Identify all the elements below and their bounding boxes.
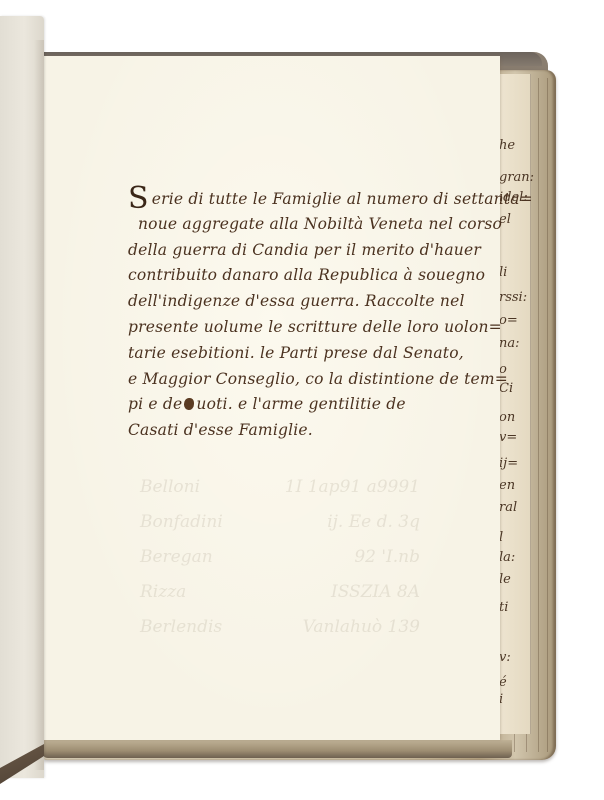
ghost-row: Belloni1I 1ap91 a9991 [140, 470, 420, 505]
text-line: dell'indigenze d'essa guerra. Raccolte n… [128, 289, 478, 315]
text-line: presente uolume le scritture delle loro … [128, 315, 478, 341]
text-line: della guerra di Candia per il merito d'h… [128, 238, 478, 264]
edge-text-fragment: ti [499, 600, 508, 615]
edge-text-fragment: la: [499, 550, 515, 565]
edge-text-fragment: ral [499, 500, 517, 515]
edge-text-fragment: on [499, 410, 515, 425]
edge-text-fragment: v= [499, 430, 517, 445]
text-line: Casati d'esse Famiglie. [128, 418, 478, 444]
ghost-row: Beregan92 'I.nb [140, 540, 420, 575]
text-line: pi e deuoti. e l'arme gentilitie de [128, 392, 478, 418]
facing-page-edge: hegran:idel:ellirssi:o=na:oCionv=ij=enra… [496, 74, 531, 734]
edge-text-fragment: é [499, 675, 507, 690]
ghost-row: Bonfadiniij. Ee d. 3q [140, 505, 420, 540]
ghost-row: BerlendisVanlahuò 139 [140, 610, 420, 645]
gutter-shadow [34, 40, 44, 770]
edge-text-fragment: v: [499, 650, 511, 665]
edge-text-fragment: rssi: [499, 290, 527, 305]
edge-text-fragment: he [499, 138, 515, 153]
page-edge-line [538, 78, 539, 752]
drop-cap: S [128, 186, 149, 212]
page-edge-line [547, 78, 548, 752]
edge-text-fragment: na: [499, 336, 520, 351]
ink-blot [184, 398, 194, 410]
text-line: noue aggregate alla Nobiltà Veneta nel c… [128, 212, 478, 238]
edge-text-fragment: li [499, 265, 507, 280]
page-bottom-edges [42, 740, 512, 758]
show-through-list: Belloni1I 1ap91 a9991 Bonfadiniij. Ee d.… [140, 470, 420, 645]
edge-text-fragment: le [499, 572, 511, 587]
text-line: e Maggior Conseglio, co la distintione d… [128, 367, 478, 393]
handwritten-title-text: Serie di tutte le Famiglie al numero di … [128, 186, 478, 444]
edge-text-fragment: gran: [499, 170, 534, 185]
manuscript-photo: hegran:idel:ellirssi:o=na:oCionv=ij=enra… [0, 0, 604, 800]
edge-text-fragment: en [499, 478, 515, 493]
edge-text-fragment: ij= [499, 456, 518, 471]
text-line: Serie di tutte le Famiglie al numero di … [128, 186, 478, 212]
text-line: tarie esebitioni. le Parti prese dal Sen… [128, 341, 478, 367]
text-line: contribuito danaro alla Republica à soue… [128, 263, 478, 289]
ghost-row: RizzaISSZIA 8A [140, 575, 420, 610]
